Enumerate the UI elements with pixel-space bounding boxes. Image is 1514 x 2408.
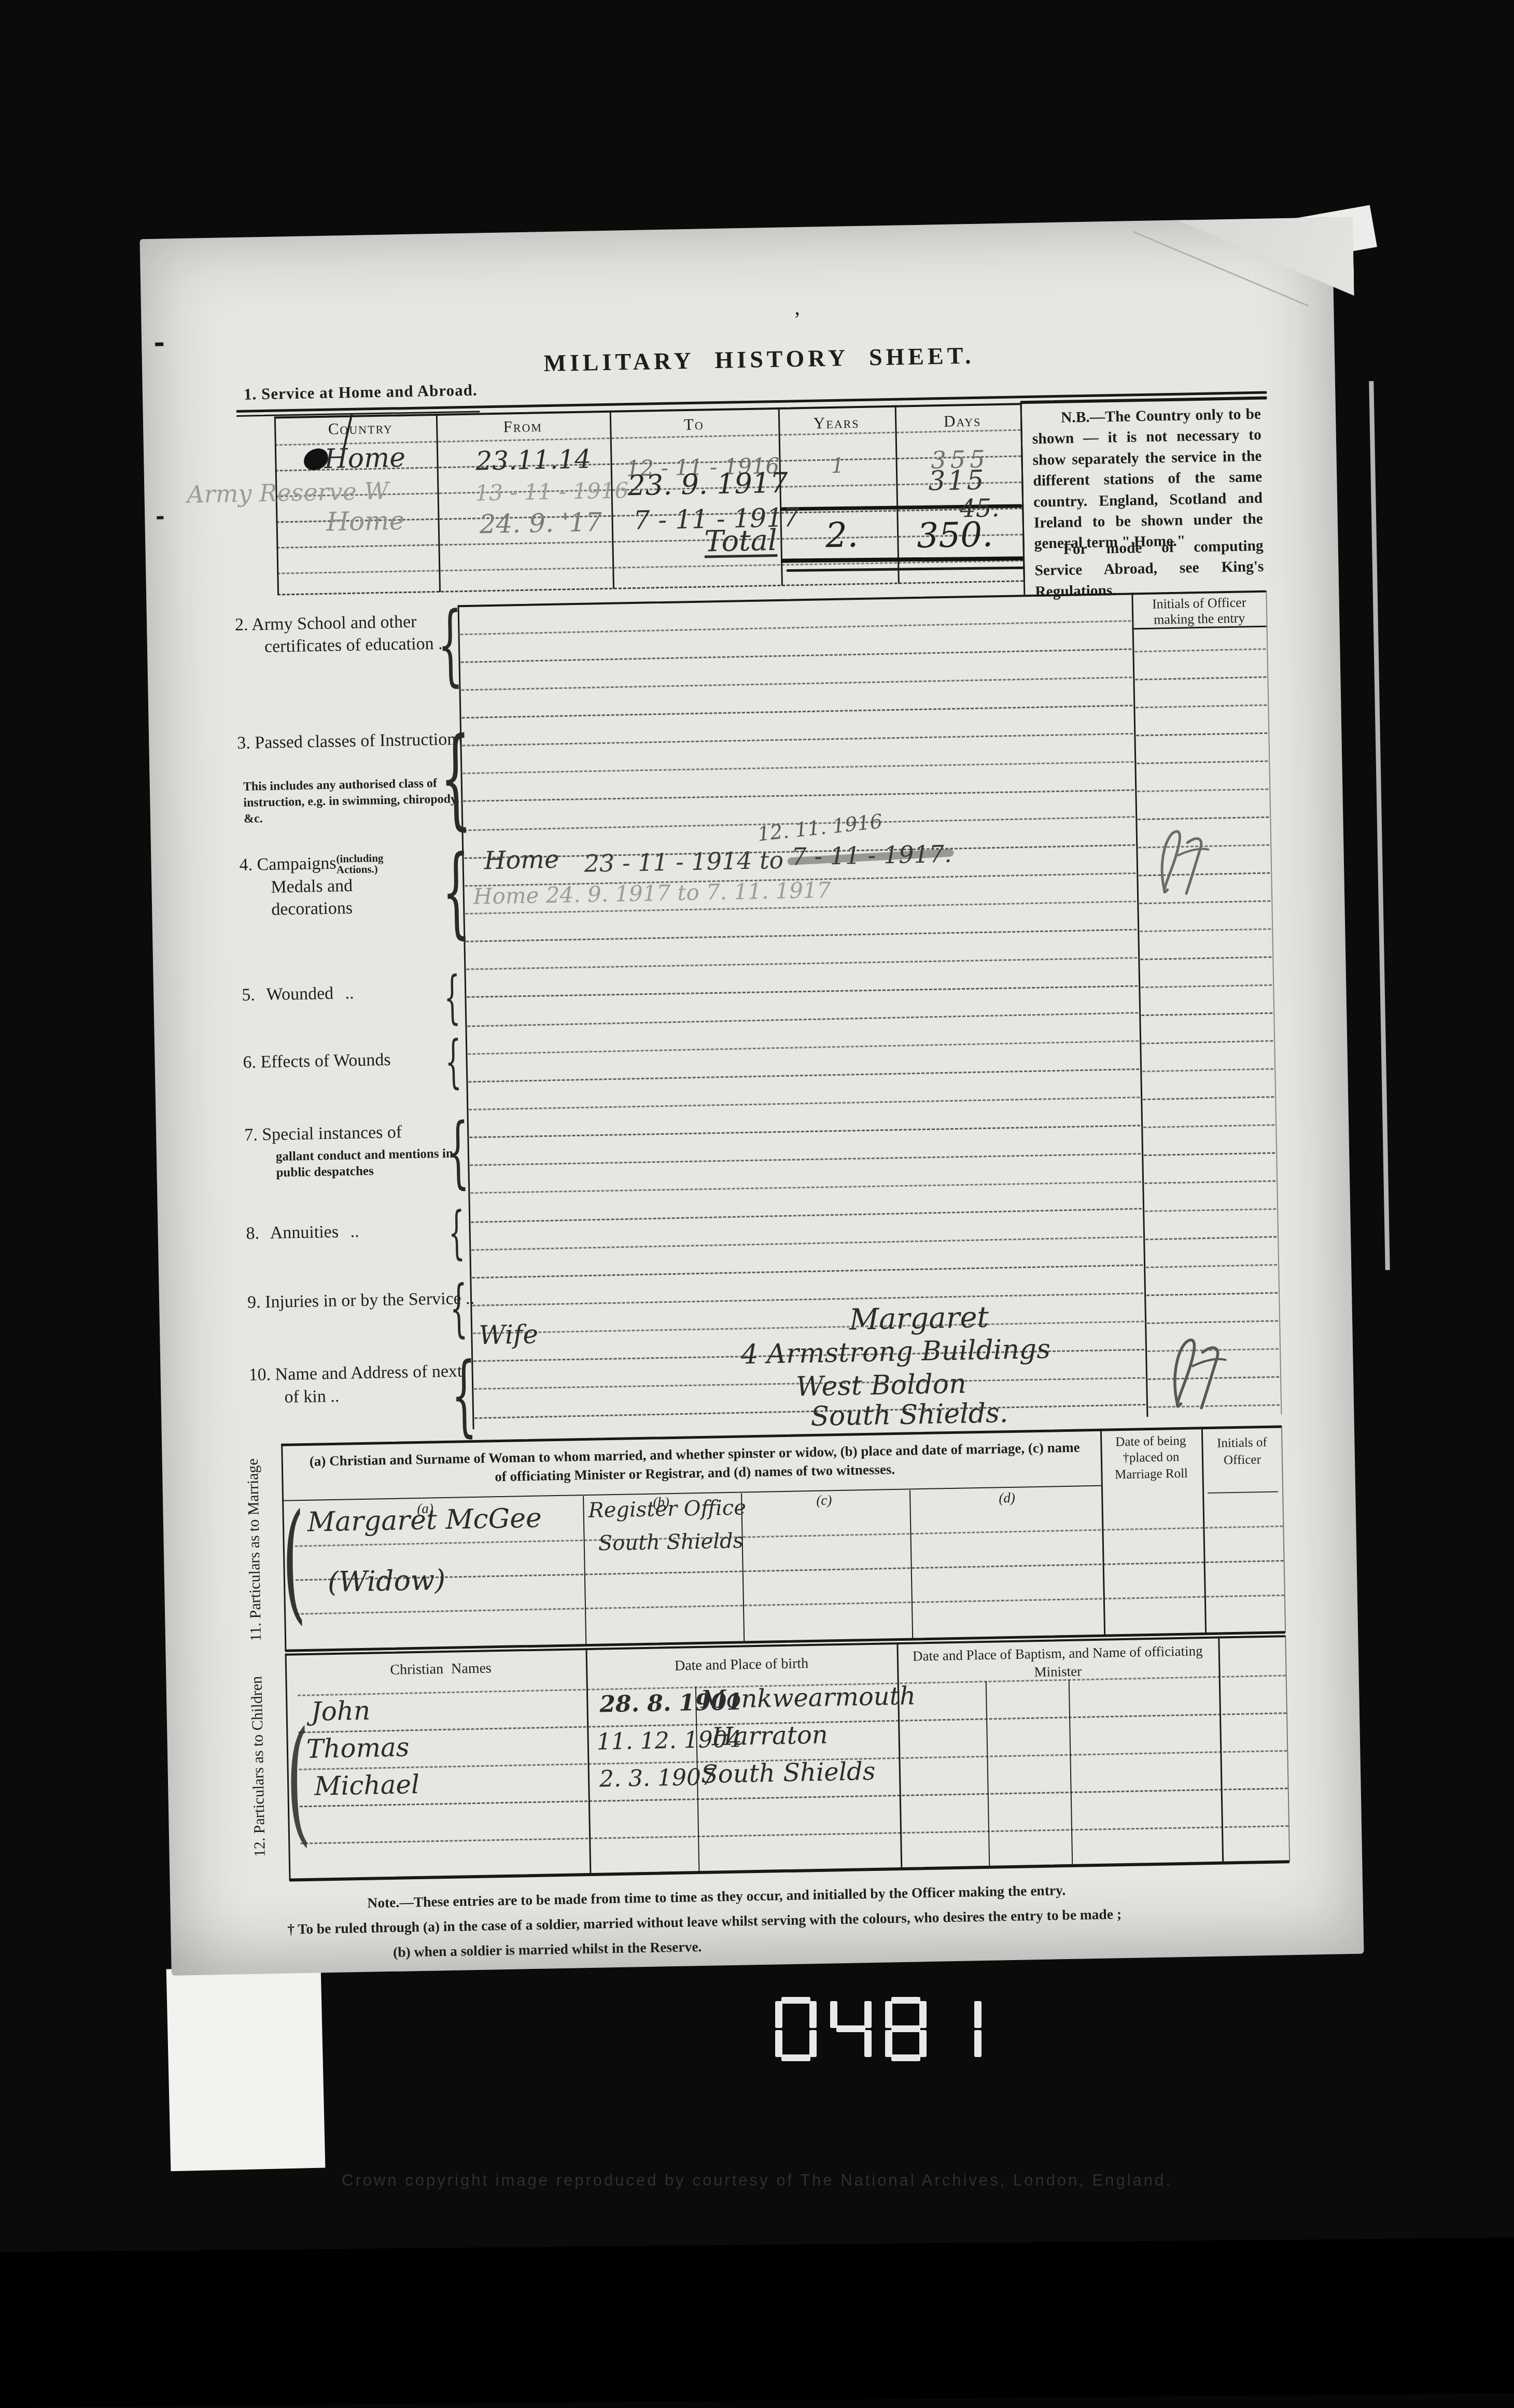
ruled-line	[300, 1825, 1288, 1844]
ruled-line	[469, 1096, 1140, 1110]
section-note-3: This includes any authorised class of in…	[243, 775, 467, 827]
ruled-line	[1144, 1152, 1275, 1156]
ruled-line	[1138, 816, 1269, 820]
service-total-years: 2.	[825, 515, 858, 555]
service-total-days: 350.	[917, 514, 993, 556]
ruled-line	[462, 733, 1133, 747]
ruled-line	[1143, 1096, 1274, 1100]
ruled-line	[1143, 1124, 1274, 1129]
marriage-side-label: 11. Particulars as to Marriage	[244, 1448, 265, 1651]
ruled-line	[1134, 648, 1266, 652]
ruled-line	[463, 790, 1134, 802]
digit-segment	[809, 2030, 817, 2057]
ruled-line	[471, 1208, 1142, 1223]
ruled-line	[467, 985, 1138, 998]
stray-mark-apostrophe: ’	[793, 307, 801, 332]
child-birthplace: Harraton	[711, 1721, 828, 1752]
digit-segment	[974, 2030, 982, 2057]
ruled-line	[461, 649, 1132, 663]
paper-tab-bottom-left	[166, 1966, 326, 2172]
ruled-line	[460, 620, 1131, 635]
section-label-4-rest: Medals and decorations	[240, 874, 417, 921]
section-label-4-paren: (including Actions.)	[336, 852, 404, 875]
ruled-line	[466, 929, 1137, 942]
ruled-line	[1147, 1320, 1278, 1324]
initials-header: Initials of Officer making the entry	[1133, 595, 1265, 628]
service-row-days: 315	[928, 465, 986, 497]
kin-relation: Wife	[479, 1319, 539, 1350]
digit-segment	[885, 2001, 892, 2028]
marriage-initials-header: Initials of Officer	[1203, 1434, 1281, 1469]
digit-segment	[864, 2030, 872, 2057]
section-label-7: 7. Special instances of	[244, 1121, 473, 1145]
ruled-line	[461, 705, 1132, 719]
section-label-2: 2. Army School and other certificates of…	[235, 610, 461, 658]
marriage-entry-status: (Widow)	[327, 1564, 445, 1598]
ruled-line	[296, 1595, 1284, 1615]
ruled-line	[300, 1787, 1288, 1807]
ruled-line	[1141, 984, 1272, 988]
ruled-line	[1146, 1264, 1277, 1268]
ruled-line	[1142, 1040, 1273, 1044]
section-brace-6: {	[445, 1035, 462, 1088]
section-brace-4: {	[441, 847, 471, 938]
child-birthdate: 2. 3. 1907	[599, 1764, 716, 1793]
digit-segment	[974, 2001, 982, 2028]
section-label-8: 8. Annuities ..	[246, 1220, 464, 1244]
ruled-line	[1136, 733, 1267, 737]
answer-area-rules-right	[1134, 624, 1280, 1416]
watermark-text: Crown copyright image reproduced by cour…	[83, 2171, 1431, 2190]
ruled-line	[471, 1236, 1142, 1250]
officer-initials-mark	[1153, 1331, 1237, 1424]
service-row-from: 13 - 11 - 1916	[475, 477, 628, 505]
ruled-line	[1145, 1236, 1277, 1240]
digit-segment	[919, 2030, 927, 2057]
ruled-line	[1145, 1208, 1276, 1212]
section-label-4-main: 4. Campaigns	[239, 854, 337, 875]
frame-digit	[775, 1997, 817, 2061]
ruled-line	[276, 534, 1022, 548]
digit-segment	[775, 2030, 782, 2057]
section-brace-5: {	[443, 971, 460, 1024]
ruled-line	[467, 1012, 1138, 1027]
digit-segment	[781, 2054, 810, 2061]
service-row-country: Home	[326, 505, 405, 537]
ruled-line	[1137, 761, 1268, 764]
marriage-entry-name: Margaret McGee	[307, 1503, 542, 1538]
section-label-6: 6. Effects of Wounds	[243, 1049, 471, 1073]
kin-address-1: 4 Armstrong Buildings	[741, 1334, 1051, 1371]
campaigns-entry-place: Home	[484, 845, 559, 876]
ruled-line	[1142, 1068, 1273, 1072]
frame-digit	[940, 1997, 982, 2061]
service-row-from: 24. 9. '17	[479, 507, 602, 539]
ruled-line	[470, 1181, 1141, 1193]
ruled-line	[461, 677, 1132, 691]
service-row-to: 23. 9. 1917	[627, 467, 788, 502]
digit-segment	[830, 2001, 837, 2028]
ruled-line	[473, 1321, 1144, 1334]
child-name: John	[311, 1696, 371, 1727]
section-brace-9: {	[449, 1280, 468, 1337]
form-page: ’ MILITARY HISTORY SHEET. 1. Service at …	[139, 217, 1364, 1976]
edge-speck	[155, 343, 163, 346]
children-rules	[297, 1635, 1289, 1879]
children-side-label: 12. Particulars as to Children	[248, 1655, 270, 1878]
answer-area-rules-left	[460, 593, 1146, 1428]
child-birthplace: Monkwearmouth	[700, 1681, 916, 1714]
digit-segment	[891, 1997, 920, 2004]
section1-label: 1. Service at Home and Abroad.	[244, 381, 478, 403]
ruled-line	[1137, 788, 1268, 792]
ruled-line	[1141, 1012, 1272, 1016]
digit-segment	[891, 2025, 920, 2032]
campaigns-entry-struck: 7 - 11 - 1917.	[791, 840, 952, 871]
section-label-10: 10. Name and Address of next of kin ..	[248, 1360, 466, 1410]
nb-note-1: N.B.—The Country only to be shown — it i…	[1032, 404, 1264, 555]
service-row-years: 1	[831, 454, 844, 478]
kin-address-2: West Boldon	[796, 1369, 966, 1403]
campaigns-entry-dates: 23 - 11 - 1914 to	[584, 846, 783, 878]
ruled-line	[470, 1153, 1141, 1166]
ruled-line	[277, 560, 1023, 574]
marriage-entry-place1: Register Office	[588, 1496, 746, 1523]
marriage-roll-header: Date of being †placed on Marriage Roll	[1102, 1432, 1200, 1483]
officer-initials-mark	[1141, 823, 1221, 908]
child-name: Thomas	[306, 1732, 410, 1764]
ruled-line	[1146, 1292, 1278, 1296]
page-title: MILITARY HISTORY SHEET.	[505, 341, 1014, 378]
digit-segment	[775, 2001, 782, 2028]
digit-segment	[809, 2001, 817, 2028]
frame-digit	[885, 1997, 927, 2061]
child-name: Michael	[314, 1769, 420, 1801]
ruled-line	[468, 1068, 1139, 1083]
ruled-line	[472, 1264, 1143, 1279]
section-brace-7: {	[446, 1116, 470, 1188]
ruled-line	[1135, 677, 1266, 681]
section-label-5: 5. Wounded ..	[242, 981, 460, 1005]
digit-segment	[836, 2025, 865, 2032]
kin-address-3: South Shields.	[810, 1398, 1008, 1432]
section-brace-3: {	[439, 727, 472, 828]
ruled-line	[472, 1292, 1143, 1306]
footer-dagger-2: (b) when a soldier is married whilst in …	[393, 1931, 1119, 1961]
digit-segment	[919, 2001, 927, 2028]
ruled-line	[466, 957, 1137, 970]
digit-segment	[781, 1997, 810, 2004]
ruled-line	[1140, 928, 1271, 933]
frame-digit	[830, 1997, 872, 2061]
ruled-line	[1144, 1180, 1275, 1184]
kin-name: Margaret	[849, 1301, 989, 1337]
edge-speck	[157, 516, 163, 519]
marriage-header: (a) Christian and Surname of Woman to wh…	[308, 1438, 1081, 1489]
service-row-country: Home	[324, 442, 406, 475]
digit-segment	[891, 2054, 920, 2061]
ruled-line	[468, 1040, 1139, 1055]
section-brace-8: {	[448, 1206, 465, 1259]
frame-number	[775, 1997, 995, 2064]
section-label-9: 9. Injuries in or by the Service ..	[247, 1287, 484, 1315]
service-row-from: 23.11.14	[475, 444, 592, 476]
section-brace-10: {	[451, 1355, 478, 1436]
ruled-line	[462, 761, 1133, 774]
ruled-line	[1140, 956, 1271, 960]
service-row-country: Army Reserve W	[187, 477, 389, 509]
digit-segment	[885, 2030, 892, 2057]
service-total-label: Total	[704, 524, 778, 559]
ruled-line	[469, 1125, 1140, 1138]
child-birthplace: South Shields	[700, 1757, 875, 1789]
section-brace-2: {	[437, 604, 464, 685]
digit-segment	[864, 2001, 872, 2028]
ruled-line	[1135, 705, 1267, 709]
marriage-entry-place2: South Shields	[598, 1529, 744, 1555]
